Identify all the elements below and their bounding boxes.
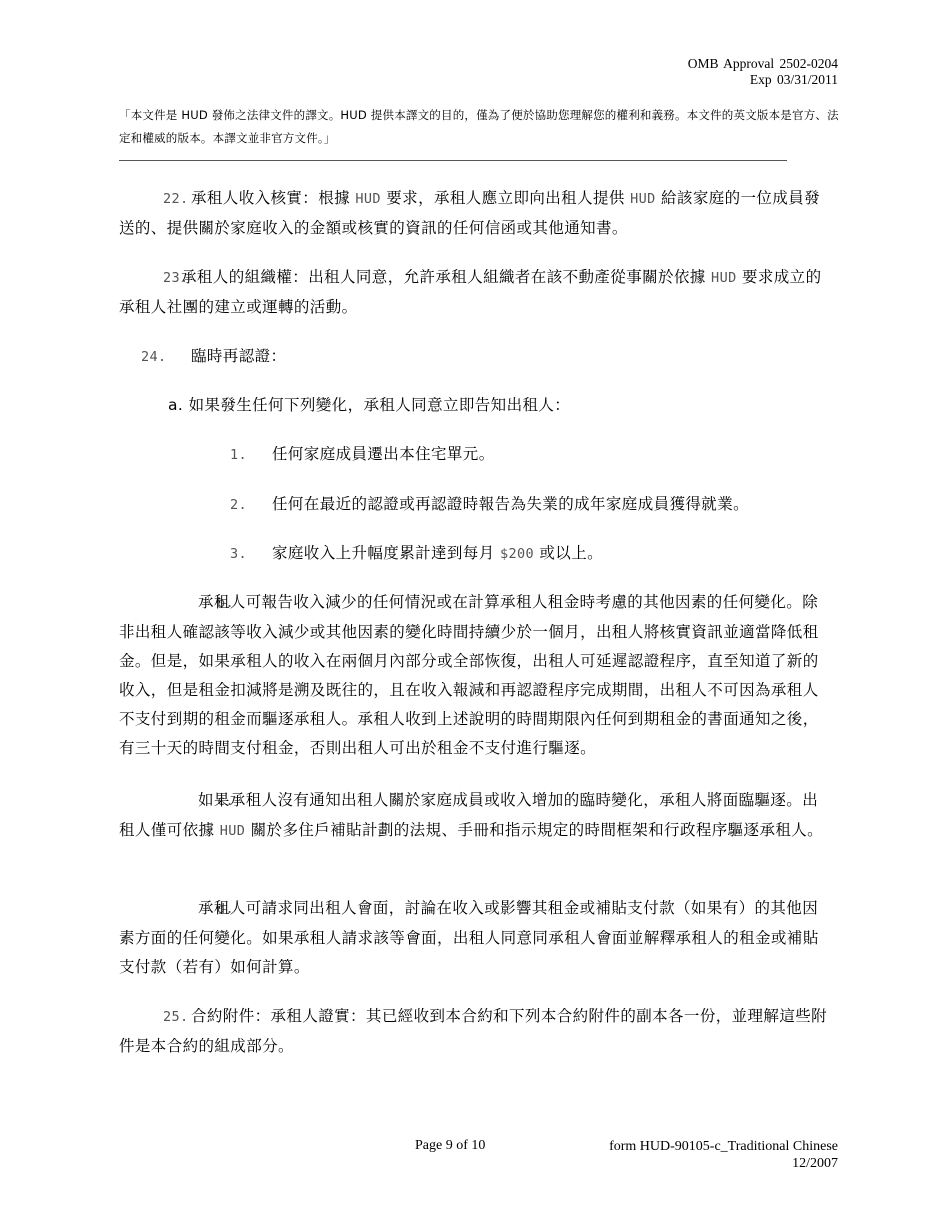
subsection-label: b. bbox=[168, 589, 198, 618]
omb-block: OMB Approval 2502-0204 Exp 03/31/2011 bbox=[688, 56, 838, 88]
subsection-a: a. 如果發生任何下列變化，承租人同意立即告知出租人： bbox=[168, 394, 570, 416]
section-title: 承租人收入核實： bbox=[191, 189, 318, 207]
section-title: 承租人的組織權： bbox=[181, 268, 308, 286]
expiration-date: Exp 03/31/2011 bbox=[688, 72, 838, 88]
subsection-c: c.如果承租人沒有通知出租人關於家庭成員或收入增加的臨時變化，承租人將面臨驅逐。… bbox=[119, 786, 831, 846]
section-24-heading: 24.臨時再認證： bbox=[141, 345, 286, 368]
section-title: 合約附件： bbox=[191, 1007, 271, 1025]
subsection-label: a. bbox=[168, 396, 183, 414]
section-title: 臨時再認證： bbox=[191, 347, 286, 365]
subsection-d: d.承租人可請求同出租人會面，討論在收入或影響其租金或補貼支付款（如果有）的其他… bbox=[119, 894, 831, 982]
hud-term: HUD bbox=[630, 191, 656, 207]
list-item-1: 1.任何家庭成員遷出本住宅單元。 bbox=[230, 443, 495, 466]
page-number: Page 9 of 10 bbox=[415, 1138, 485, 1154]
list-item-2: 2.任何在最近的認證或再認證時報告為失業的成年家庭成員獲得就業。 bbox=[230, 493, 749, 516]
subsection-label: d. bbox=[168, 895, 198, 924]
subsection-label: c. bbox=[168, 787, 198, 816]
list-item-3: 3.家庭收入上升幅度累計達到每月 $200 或以上。 bbox=[230, 542, 603, 565]
hud-term: HUD bbox=[220, 823, 246, 839]
header-divider bbox=[119, 160, 787, 161]
form-date: 12/2007 bbox=[609, 1155, 838, 1172]
hud-term: HUD bbox=[711, 270, 737, 286]
form-id-block: form HUD-90105-c_Traditional Chinese 12/… bbox=[609, 1138, 838, 1172]
item-number: 1. bbox=[230, 444, 272, 466]
item-number: 3. bbox=[230, 543, 272, 565]
section-23: 23.承租人的組織權：出租人同意，允許承租人組織者在該不動產從事關於依據 HUD… bbox=[119, 263, 831, 322]
item-number: 2. bbox=[230, 494, 272, 516]
hud-term: HUD bbox=[355, 191, 381, 207]
omb-approval: OMB Approval 2502-0204 bbox=[688, 56, 838, 72]
section-number: 22. bbox=[141, 185, 191, 214]
section-number: 25. bbox=[141, 1003, 191, 1032]
section-number: 23. bbox=[141, 264, 181, 293]
translation-disclaimer: 「本文件是 HUD 發佈之法律文件的譯文。HUD 提供本譯文的目的，僅為了便於協… bbox=[119, 104, 839, 150]
section-number: 24. bbox=[141, 346, 191, 368]
amount: $200 bbox=[500, 546, 534, 562]
form-id: form HUD-90105-c_Traditional Chinese bbox=[609, 1138, 838, 1155]
section-25: 25.合約附件：承租人證實：其已經收到本合約和下列本合約附件的副本各一份，並理解… bbox=[119, 1002, 831, 1061]
subsection-b: b.承租人可報告收入減少的任何情況或在計算承租人租金時考慮的其他因素的任何變化。… bbox=[119, 588, 831, 763]
section-22: 22.承租人收入核實：根據 HUD 要求，承租人應立即向出租人提供 HUD 給該… bbox=[119, 184, 831, 243]
